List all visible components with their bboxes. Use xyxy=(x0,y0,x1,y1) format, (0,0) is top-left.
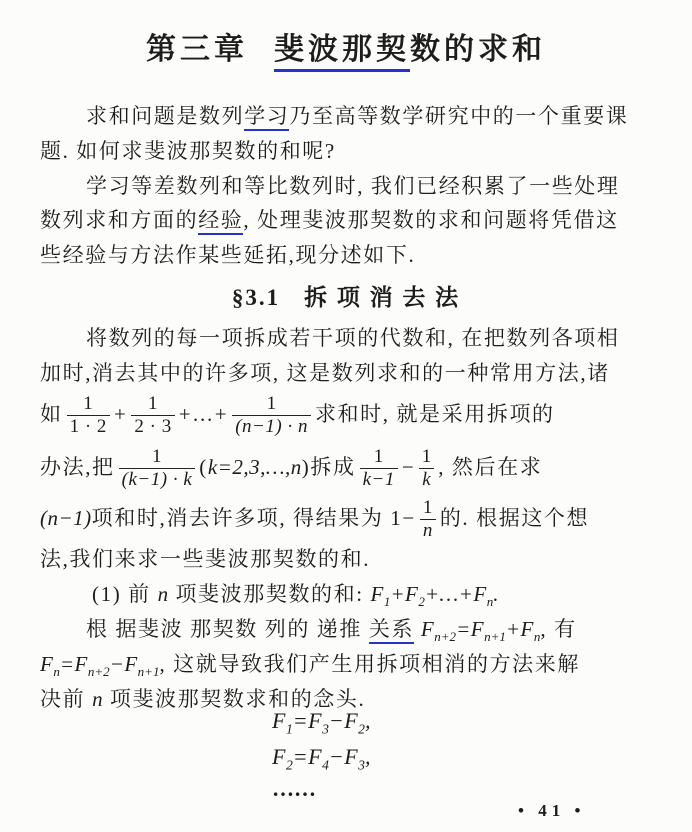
annotated-word: 学习 xyxy=(244,104,289,131)
paragraph-line: 题. 如何求斐波那契数的和呢? xyxy=(40,138,660,165)
paragraph-line: 学习等差数列和等比数列时, 我们已经积累了一些处理 xyxy=(40,173,692,200)
text-run: 项斐波那契数的和: xyxy=(169,582,371,606)
text-run: 办法,把 xyxy=(40,454,115,481)
text-run: 决前 xyxy=(40,687,92,711)
math-run: Fn+2=Fn+1+Fn xyxy=(421,617,540,641)
paragraph-line: 加时,消去其中的许多项, 这是数列求和的一种常用方法,诸 xyxy=(40,360,660,387)
title-underlined-word: 斐波那契 xyxy=(274,33,410,72)
operator: +…+ xyxy=(179,401,229,428)
text-run: ( xyxy=(199,454,208,481)
fraction: 1k−1 xyxy=(360,446,398,490)
formula-line: 如11 · 2+12 · 3+…+1(n−1) · n求和时, 就是采用拆项的 xyxy=(40,387,660,443)
fraction: 1(k−1) · k xyxy=(119,446,196,490)
formula-line: (n−1)项和时,消去许多项, 得结果为 1−1n的. 根据这个想 xyxy=(40,494,660,544)
text-run: , 处理斐波那契数的求和问题将凭借这 xyxy=(243,208,618,232)
text-run: (1) 前 xyxy=(92,582,158,606)
text-run: , 然后在求 xyxy=(438,454,542,481)
paragraph-line: 根 据斐波 那契数 列的 递推 关系 Fn+2=Fn+1+Fn, 有 xyxy=(40,616,692,646)
text-run xyxy=(414,617,421,641)
text-run: 根 据斐波 那契数 列的 递推 xyxy=(86,617,369,641)
text-run: )拆成 xyxy=(302,454,356,481)
text-run: 求和时, 就是采用拆项的 xyxy=(315,401,555,428)
scanned-book-page: 第三章斐波那契数的求和 求和问题是数列学习乃至高等数学研究中的一个重要课 题. … xyxy=(0,0,692,832)
fraction: 1k xyxy=(419,446,434,490)
title-rest: 数的求和 xyxy=(410,33,546,66)
text-run: 数列求和方面的 xyxy=(40,208,198,232)
math-run: Fn=Fn+2−Fn+1 xyxy=(40,652,159,676)
paragraph-line: 求和问题是数列学习乃至高等数学研究中的一个重要课 xyxy=(40,103,692,130)
paragraph-line: 法,我们来求一些斐波那契数的和. xyxy=(40,546,660,573)
page-number: • 41 • xyxy=(518,801,585,821)
paragraph-line: 数列求和方面的经验, 处理斐波那契数的求和问题将凭借这 xyxy=(40,207,660,234)
formula-line: 办法,把1(k−1) · k(k=2,3,…,n)拆成1k−1−1k, 然后在求 xyxy=(40,440,660,496)
text-run: 求和问题是数列 xyxy=(86,104,244,128)
annotated-word: 经验 xyxy=(198,208,243,235)
math-run: n xyxy=(158,582,169,606)
operator: + xyxy=(114,401,127,428)
section-number: §3.1 xyxy=(232,285,280,310)
fraction: 1(n−1) · n xyxy=(232,393,311,437)
text-run: , 有 xyxy=(540,617,576,641)
text-run: 如 xyxy=(40,401,63,428)
paragraph-line: Fn=Fn+2−Fn+1, 这就导致我们产生用拆项相消的方法来解 xyxy=(40,651,660,681)
fraction: 11 · 2 xyxy=(67,393,110,437)
paragraph-line: 些经验与方法作某些延拓,现分述如下. xyxy=(40,242,660,269)
operator: − xyxy=(402,454,415,481)
math-run: n xyxy=(92,687,103,711)
math-run: (n−1) xyxy=(40,505,92,532)
section-name: 拆 项 消 去 法 xyxy=(304,285,460,310)
annotated-word: 关系 xyxy=(369,617,414,644)
text-run: , 这就导致我们产生用拆项相消的方法来解 xyxy=(159,652,580,676)
math-run: F1+F2+…+Fn. xyxy=(371,582,499,606)
section-heading: §3.1拆 项 消 去 法 xyxy=(0,279,692,312)
math-run: k=2,3,…,n xyxy=(208,454,302,481)
equation: F2=F4−F3, xyxy=(272,744,371,773)
text-run: 项和时,消去许多项, 得结果为 1− xyxy=(92,505,416,532)
item-line: (1) 前 n 项斐波那契数的和: F1+F2+…+Fn. xyxy=(40,581,692,611)
fraction: 12 · 3 xyxy=(131,393,174,437)
paragraph-line: 将数列的每一项拆成若干项的代数和, 在把数列各项相 xyxy=(40,325,692,352)
text-run: 的. 根据这个想 xyxy=(440,505,589,532)
text-run: 乃至高等数学研究中的一个重要课 xyxy=(289,104,628,128)
ellipsis: …… xyxy=(272,776,316,802)
equation: F1=F3−F2, xyxy=(272,708,371,737)
fraction: 1n xyxy=(420,497,436,541)
chapter-title: 第三章斐波那契数的求和 xyxy=(0,24,692,68)
chapter-number: 第三章 xyxy=(146,33,248,66)
